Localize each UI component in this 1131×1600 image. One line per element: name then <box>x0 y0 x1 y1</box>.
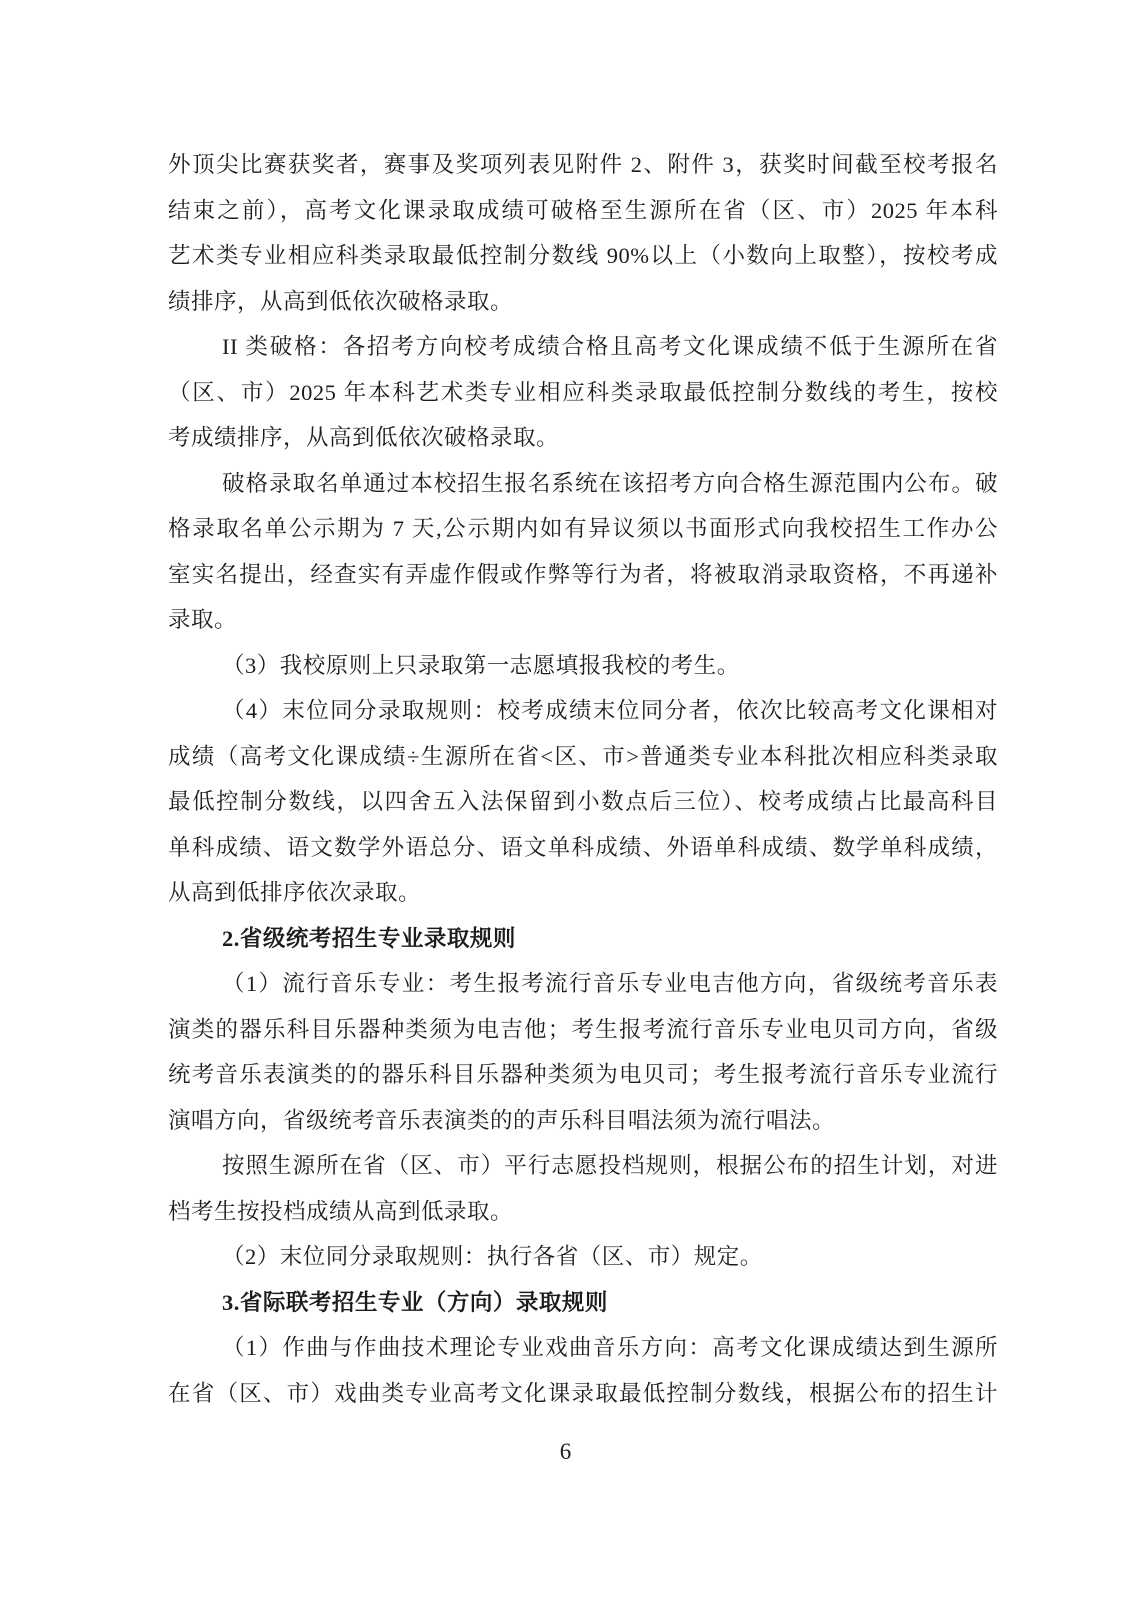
text-line: 格录取名单公示期为 7 天,公示期内如有异议须以书面形式向我校招生工作办公 <box>168 506 998 552</box>
text-line: 考成绩排序，从高到低依次破格录取。 <box>168 415 998 461</box>
text-line: 演唱方向，省级统考音乐表演类的的声乐科目唱法须为流行唱法。 <box>168 1098 998 1144</box>
text-line: 室实名提出，经查实有弄虚作假或作弊等行为者，将被取消录取资格，不再递补 <box>168 552 998 598</box>
text-line: 结束之前），高考文化课录取成绩可破格至生源所在省（区、市）2025 年本科 <box>168 188 998 234</box>
text-line: 统考音乐表演类的的器乐科目乐器种类须为电贝司；考生报考流行音乐专业流行 <box>168 1052 998 1098</box>
text-line: 外顶尖比赛获奖者，赛事及奖项列表见附件 2、附件 3，获奖时间截至校考报名 <box>168 142 998 188</box>
text-line: 单科成绩、语文数学外语总分、语文单科成绩、外语单科成绩、数学单科成绩， <box>168 825 998 871</box>
text-line: II 类破格：各招考方向校考成绩合格且高考文化课成绩不低于生源所在省 <box>168 324 998 370</box>
text-line: 艺术类专业相应科类录取最低控制分数线 90%以上（小数向上取整），按校考成 <box>168 233 998 279</box>
page-number: 6 <box>0 1433 1131 1471</box>
text-line: （1）作曲与作曲技术理论专业戏曲音乐方向：高考文化课成绩达到生源所 <box>168 1325 998 1371</box>
text-line: 录取。 <box>168 597 998 643</box>
document-body: 外顶尖比赛获奖者，赛事及奖项列表见附件 2、附件 3，获奖时间截至校考报名 结束… <box>168 142 998 1416</box>
text-line: （3）我校原则上只录取第一志愿填报我校的考生。 <box>168 643 998 689</box>
document-page: 外顶尖比赛获奖者，赛事及奖项列表见附件 2、附件 3，获奖时间截至校考报名 结束… <box>0 0 1131 1600</box>
text-line: 最低控制分数线，以四舍五入法保留到小数点后三位）、校考成绩占比最高科目 <box>168 779 998 825</box>
text-line: （区、市）2025 年本科艺术类专业相应科类录取最低控制分数线的考生，按校 <box>168 370 998 416</box>
text-line: 破格录取名单通过本校招生报名系统在该招考方向合格生源范围内公布。破 <box>168 461 998 507</box>
text-line: 绩排序，从高到低依次破格录取。 <box>168 279 998 325</box>
text-line: 演类的器乐科目乐器种类须为电吉他；考生报考流行音乐专业电贝司方向，省级 <box>168 1007 998 1053</box>
text-line: 按照生源所在省（区、市）平行志愿投档规则，根据公布的招生计划，对进 <box>168 1143 998 1189</box>
text-line: （4）末位同分录取规则：校考成绩末位同分者，依次比较高考文化课相对 <box>168 688 998 734</box>
text-line: 成绩（高考文化课成绩÷生源所在省<区、市>普通类专业本科批次相应科类录取 <box>168 734 998 780</box>
text-line: （1）流行音乐专业：考生报考流行音乐专业电吉他方向，省级统考音乐表 <box>168 961 998 1007</box>
section-heading-3: 3.省际联考招生专业（方向）录取规则 <box>168 1280 998 1326</box>
text-line: 在省（区、市）戏曲类专业高考文化课录取最低控制分数线，根据公布的招生计 <box>168 1371 998 1417</box>
section-heading-2: 2.省级统考招生专业录取规则 <box>168 916 998 962</box>
text-line: 档考生按投档成绩从高到低录取。 <box>168 1189 998 1235</box>
text-line: （2）末位同分录取规则：执行各省（区、市）规定。 <box>168 1234 998 1280</box>
text-line: 从高到低排序依次录取。 <box>168 870 998 916</box>
